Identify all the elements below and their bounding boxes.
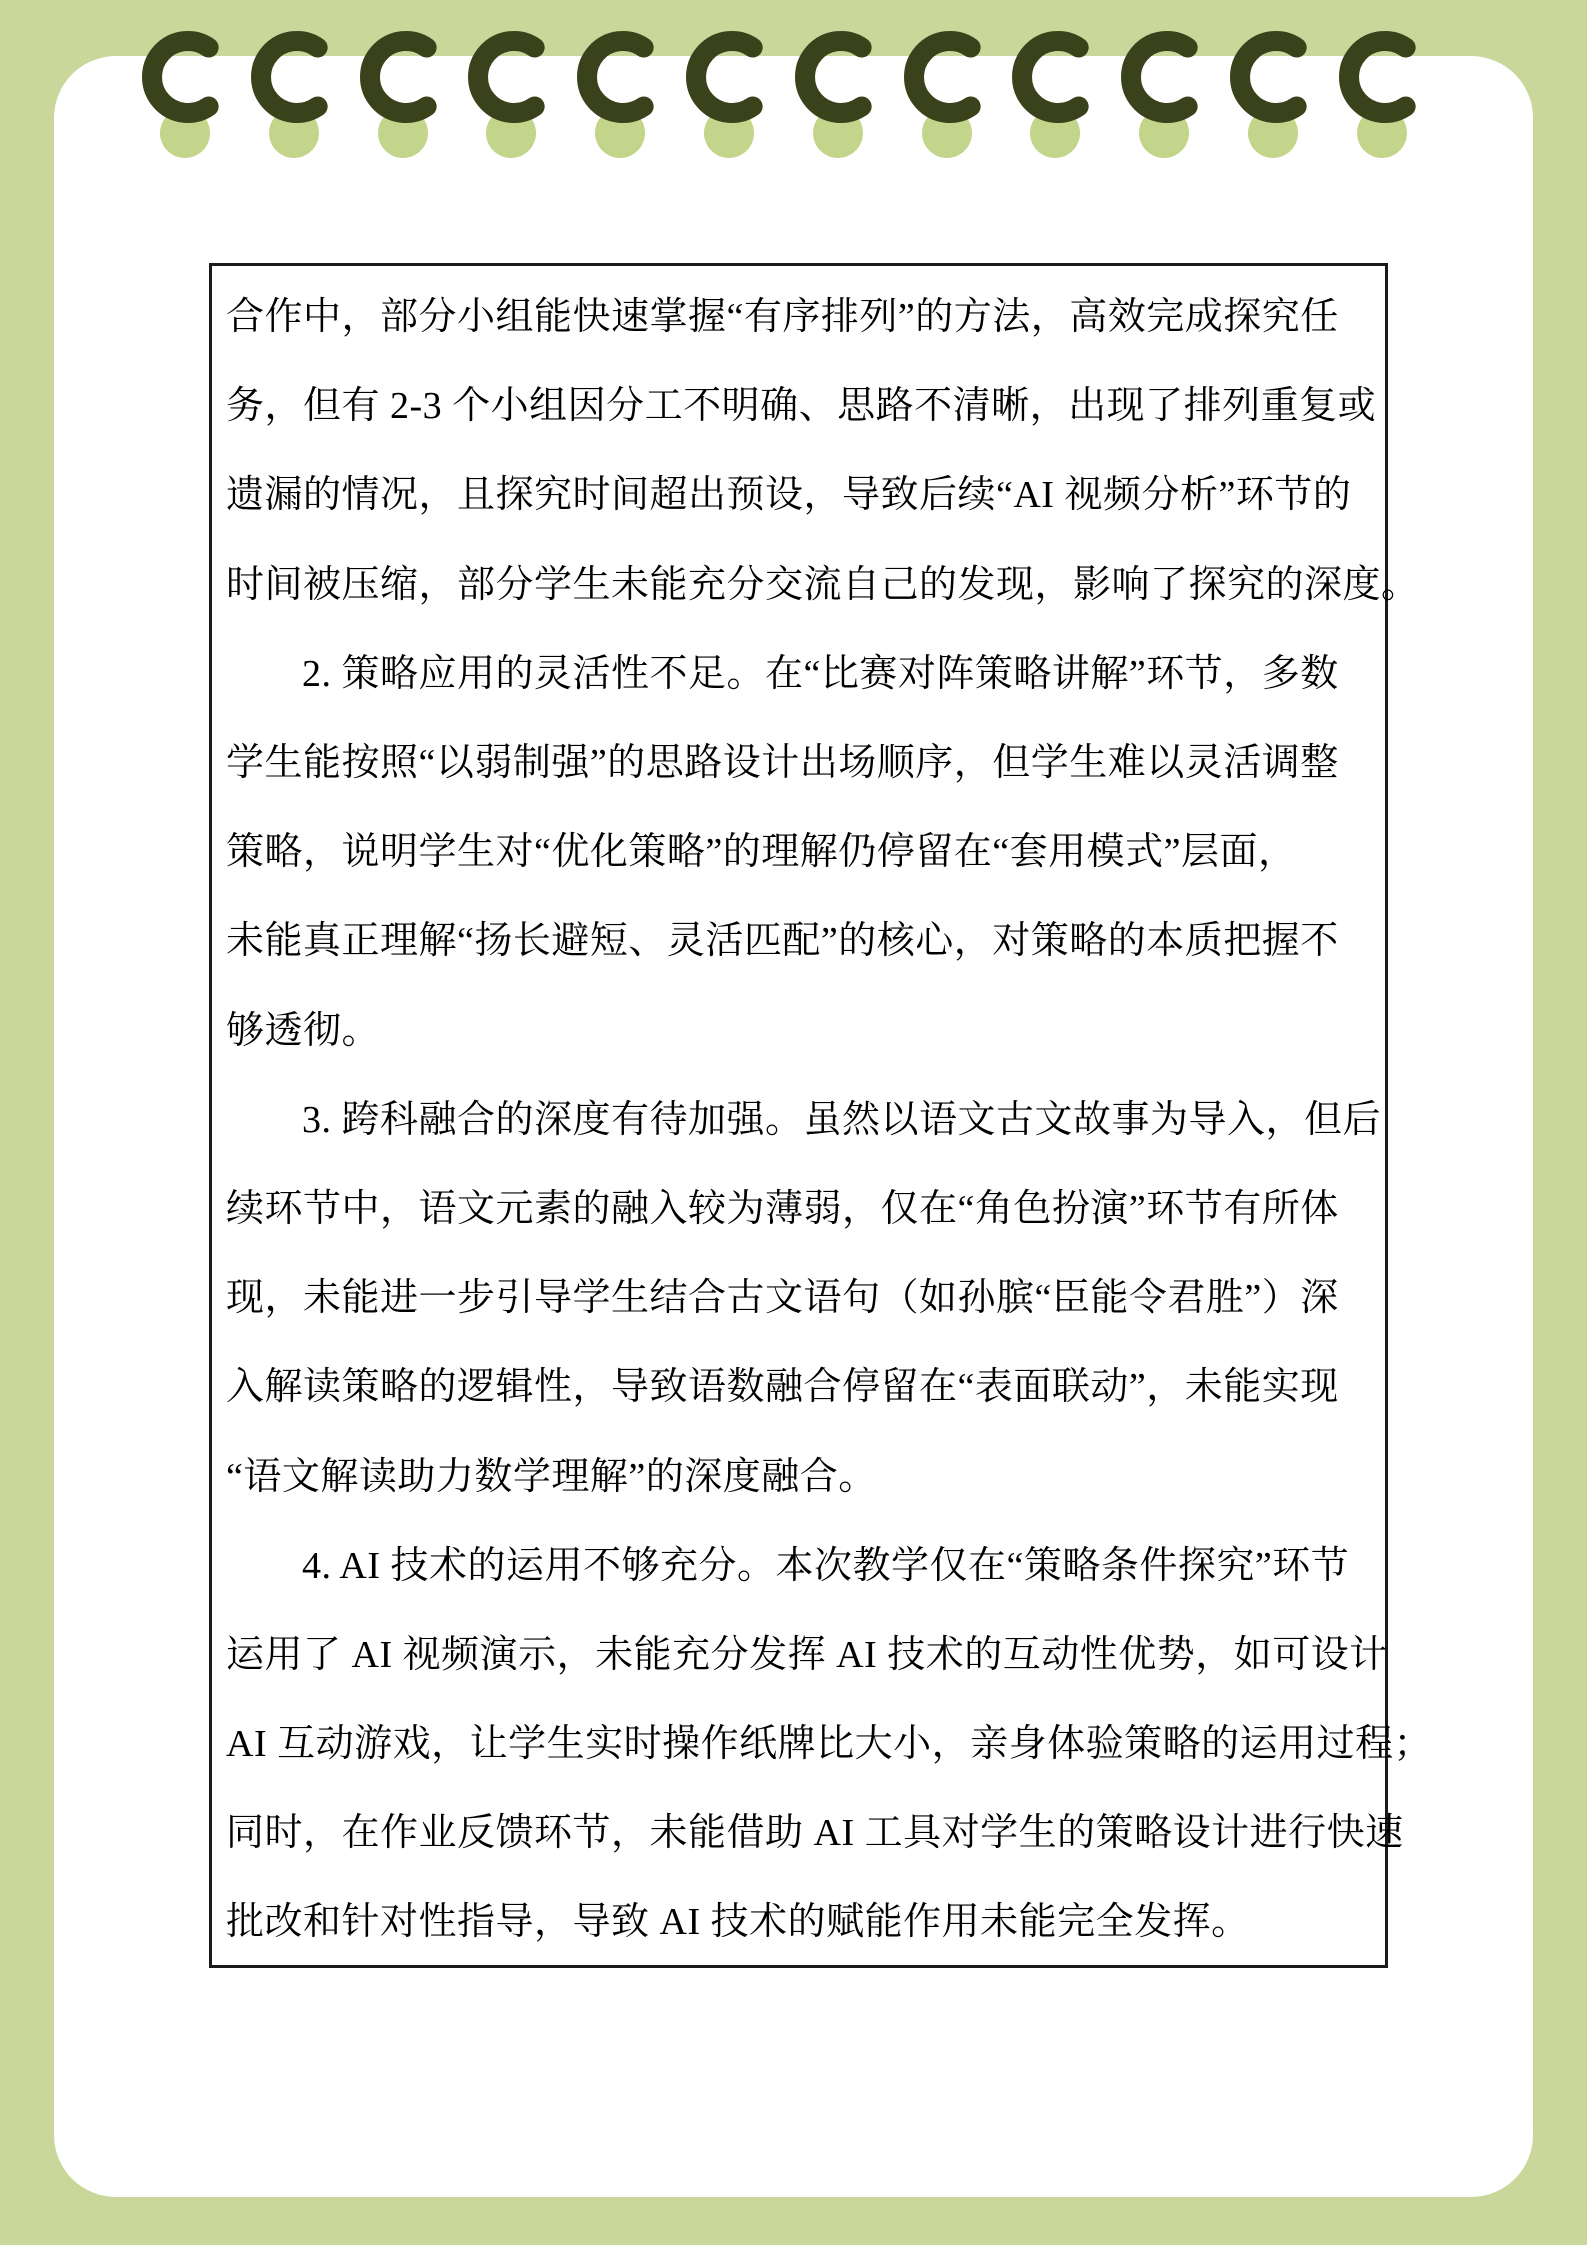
text-line: 运用了 AI 视频演示，未能充分发挥 AI 技术的互动性优势，如可设计 [226,1606,1371,1695]
document-text-box: 合作中，部分小组能快速掌握“有序排列”的方法，高效完成探究任务，但有 2-3 个… [209,263,1388,1968]
text-line: 合作中，部分小组能快速掌握“有序排列”的方法，高效完成探究任 [226,268,1371,357]
text-line: “语文解读助力数学理解”的深度融合。 [226,1427,1371,1516]
text-line: 3. 跨科融合的深度有待加强。虽然以语文古文故事为导入，但后 [226,1071,1371,1160]
spiral-ring-icon [1226,22,1326,192]
text-line: 遗漏的情况，且探究时间超出预设，导致后续“AI 视频分析”环节的 [226,446,1371,535]
text-line: AI 互动游戏，让学生实时操作纸牌比大小，亲身体验策略的运用过程； [226,1695,1371,1784]
spiral-ring-icon [1117,22,1217,192]
spiral-ring-icon [247,22,347,192]
spiral-ring-icon [573,22,673,192]
text-line: 4. AI 技术的运用不够充分。本次教学仅在“策略条件探究”环节 [226,1517,1371,1606]
spiral-ring-icon [1335,22,1435,192]
spiral-ring-icon [682,22,782,192]
text-line: 务，但有 2-3 个小组因分工不明确、思路不清晰，出现了排列重复或 [226,357,1371,446]
spiral-ring-icon [791,22,891,192]
spiral-ring-icon [356,22,456,192]
text-line: 策略，说明学生对“优化策略”的理解仍停留在“套用模式”层面， [226,803,1371,892]
spiral-ring-icon [900,22,1000,192]
text-line: 现，未能进一步引导学生结合古文语句（如孙膑“臣能令君胜”）深 [226,1249,1371,1338]
text-line: 未能真正理解“扬长避短、灵活匹配”的核心，对策略的本质把握不 [226,892,1371,981]
spiral-ring-icon [464,22,564,192]
text-line: 时间被压缩，部分学生未能充分交流自己的发现，影响了探究的深度。 [226,536,1371,625]
text-line: 够透彻。 [226,982,1371,1071]
text-line: 入解读策略的逻辑性，导致语数融合停留在“表面联动”，未能实现 [226,1338,1371,1427]
text-line: 2. 策略应用的灵活性不足。在“比赛对阵策略讲解”环节，多数 [226,625,1371,714]
spiral-binding [0,0,1587,220]
spiral-ring-icon [138,22,238,192]
text-line: 学生能按照“以弱制强”的思路设计出场顺序，但学生难以灵活调整 [226,714,1371,803]
text-line: 同时，在作业反馈环节，未能借助 AI 工具对学生的策略设计进行快速 [226,1784,1371,1873]
text-line: 续环节中，语文元素的融入较为薄弱，仅在“角色扮演”环节有所体 [226,1160,1371,1249]
text-line: 批改和针对性指导，导致 AI 技术的赋能作用未能完全发挥。 [226,1873,1371,1962]
spiral-ring-icon [1008,22,1108,192]
